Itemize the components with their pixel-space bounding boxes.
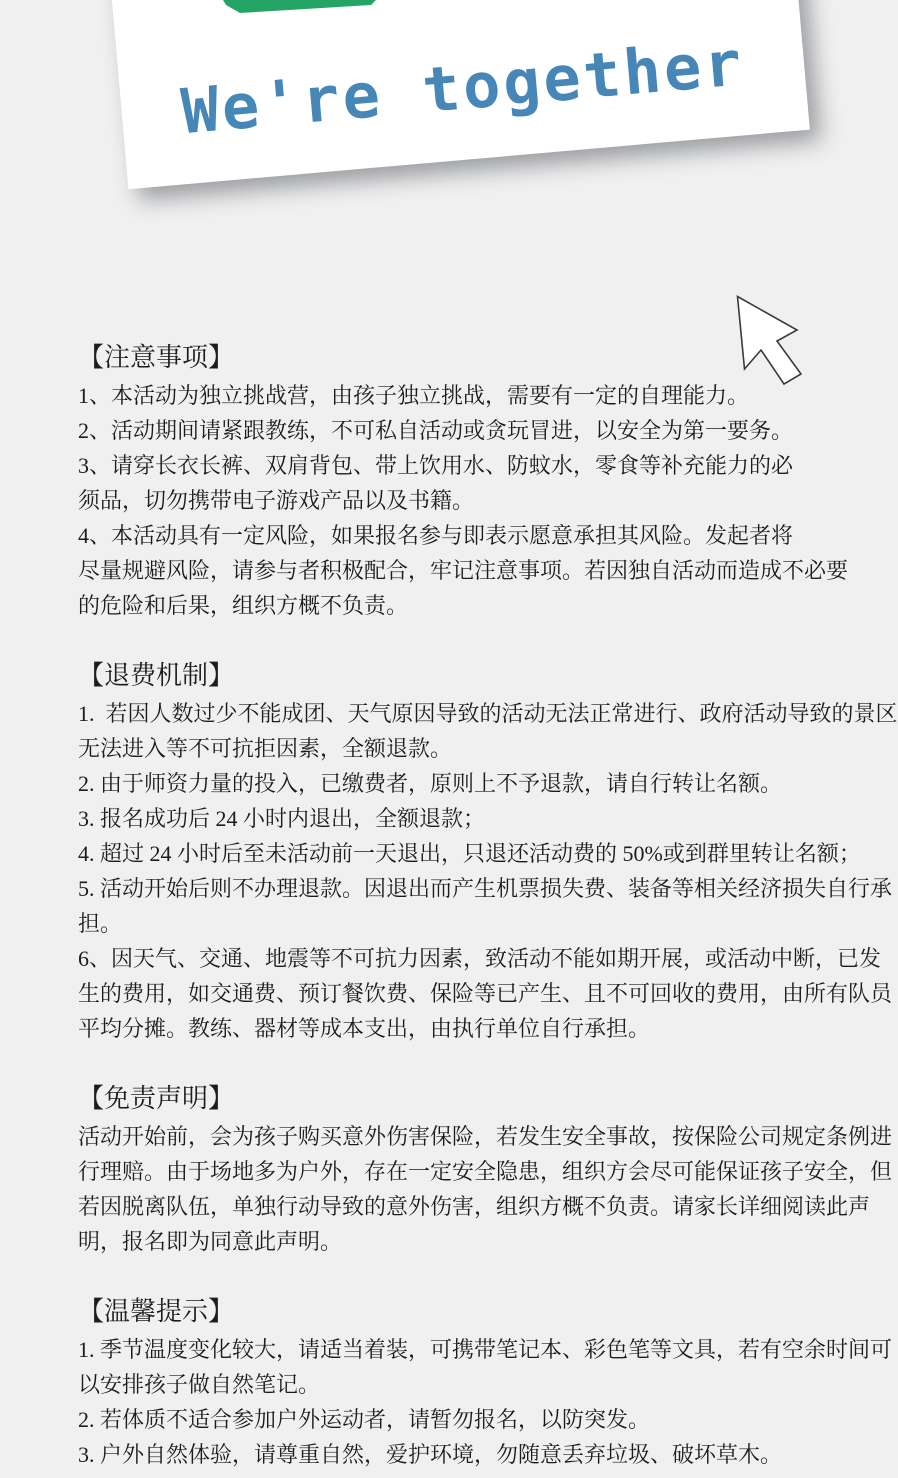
section-heading: 【免责声明】 <box>78 1079 878 1119</box>
text-line: 活动开始前，会为孩子购买意外伤害保险，若发生安全事故，按保险公司规定条例进 <box>78 1119 878 1154</box>
text-line: 无法进入等不可抗拒因素，全额退款。 <box>78 731 878 766</box>
text-line: 明，报名即为同意此声明。 <box>78 1224 878 1259</box>
text-line: 6、因天气、交通、地震等不可抗力因素，致活动不能如期开展，或活动中断，已发 <box>78 941 878 976</box>
section-heading: 【温馨提示】 <box>78 1292 878 1332</box>
notice-content: 【注意事项】 1、本活动为独立挑战营，由孩子独立挑战，需要有一定的自理能力。 2… <box>78 338 878 1472</box>
text-line: 5. 活动开始后则不办理退款。因退出而产生机票损失费、装备等相关经济损失自行承 <box>78 871 878 906</box>
text-line: 以安排孩子做自然笔记。 <box>78 1367 878 1402</box>
section-disclaimer: 【免责声明】 活动开始前，会为孩子购买意外伤害保险，若发生安全事故，按保险公司规… <box>78 1079 878 1259</box>
section-heading: 【注意事项】 <box>78 338 878 378</box>
text-line: 1. 若因人数过少不能成团、天气原因导致的活动无法正常进行、政府活动导致的景区 <box>78 696 878 731</box>
text-line: 若因脱离队伍，单独行动导致的意外伤害，组织方概不负责。请家长详细阅读此声 <box>78 1189 878 1224</box>
text-line: 2、活动期间请紧跟教练，不可私自活动或贪玩冒进，以安全为第一要务。 <box>78 413 878 448</box>
text-line: 的危险和后果，组织方概不负责。 <box>78 588 878 623</box>
text-line: 3. 户外自然体验，请尊重自然，爱护环境，勿随意丢弃垃圾、破坏草木。 <box>78 1437 878 1472</box>
text-line: 1. 季节温度变化较大，请适当着装，可携带笔记本、彩色笔等文具，若有空余时间可 <box>78 1332 878 1367</box>
text-line: 3、请穿长衣长裤、双肩背包、带上饮用水、防蚊水，零食等补充能力的必 <box>78 448 878 483</box>
section-refund-policy: 【退费机制】 1. 若因人数过少不能成团、天气原因导致的活动无法正常进行、政府活… <box>78 656 878 1046</box>
text-line: 2. 由于师资力量的投入，已缴费者，原则上不予退款，请自行转让名额。 <box>78 766 878 801</box>
text-line: 行理赔。由于场地多为户外，存在一定安全隐患，组织方会尽可能保证孩子安全，但 <box>78 1154 878 1189</box>
text-line: 须品，切勿携带电子游戏产品以及书籍。 <box>78 483 878 518</box>
section-precautions: 【注意事项】 1、本活动为独立挑战营，由孩子独立挑战，需要有一定的自理能力。 2… <box>78 338 878 623</box>
text-line: 4. 超过 24 小时后至未活动前一天退出，只退还活动费的 50%或到群里转让名… <box>78 836 878 871</box>
text-line: 生的费用，如交通费、预订餐饮费、保险等已产生、且不可回收的费用，由所有队员 <box>78 976 878 1011</box>
text-line: 平均分摊。教练、器材等成本支出，由执行单位自行承担。 <box>78 1011 878 1046</box>
banner-title: We're together <box>178 26 747 148</box>
section-warm-tips: 【温馨提示】 1. 季节温度变化较大，请适当着装，可携带笔记本、彩色笔等文具，若… <box>78 1292 878 1472</box>
section-heading: 【退费机制】 <box>78 656 878 696</box>
text-line: 3. 报名成功后 24 小时内退出，全额退款； <box>78 801 878 836</box>
banner-card: We're together <box>102 0 810 189</box>
text-line: 4、本活动具有一定风险，如果报名参与即表示愿意承担其风险。发起者将 <box>78 518 878 553</box>
text-line: 尽量规避风险，请参与者积极配合，牢记注意事项。若因独自活动而造成不必要 <box>78 553 878 588</box>
text-line: 1、本活动为独立挑战营，由孩子独立挑战，需要有一定的自理能力。 <box>78 378 878 413</box>
text-line: 2. 若体质不适合参加户外运动者，请暂勿报名，以防突发。 <box>78 1402 878 1437</box>
text-line: 担。 <box>78 906 878 941</box>
